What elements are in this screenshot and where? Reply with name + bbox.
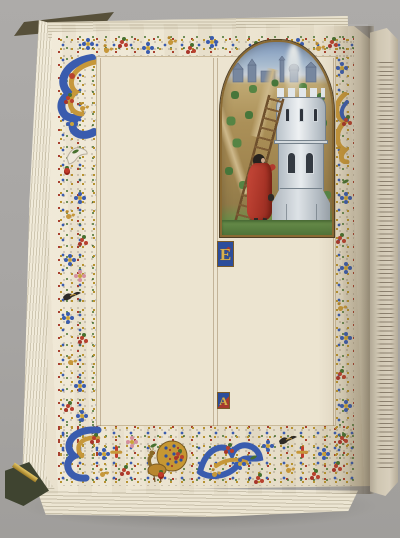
grass-foreground [222,220,334,235]
tower-lower-storey [278,144,324,190]
red-berries-motif [120,40,124,44]
text-column-left: paroiz esquelles estoient painctesplaies… [101,59,213,425]
text-column-right: n une cite de tosquane viuoie aisnee et … [217,240,333,426]
red-robe [247,163,272,221]
blue-flower-motif [266,444,270,448]
arched-window [305,152,314,174]
blue-flower-motif [68,258,72,262]
blue-flower-motif [86,42,90,46]
red-berries-motif [344,118,348,122]
red-berries-motif [188,46,192,50]
red-berries-motif [334,464,338,468]
facing-page-text-lines [376,62,395,470]
red-berries-motif [340,436,344,440]
cross-flower-motif [296,446,308,458]
blue-flower-motif [78,196,82,200]
blue-flower-motif [344,266,348,270]
red-berries-motif [256,476,260,480]
page-stack-bottom-edge [36,487,358,517]
belt-pouch [268,194,274,201]
cross-flower-motif [110,446,122,458]
ruling-line [213,58,214,426]
decorated-initial-E: E [217,241,234,267]
decorated-initial-A: A [217,392,230,409]
blue-flower-motif [70,122,74,126]
red-berries-motif [226,446,230,450]
manuscript-photo: paroiz esquelles estoient painctesplaies… [0,0,400,538]
blue-flower-motif [78,384,82,388]
red-berries-motif [80,238,84,242]
blue-flower-motif [102,452,106,456]
blue-flower-motif [344,404,348,408]
miniature-painting [220,40,334,237]
blue-flower-motif [238,462,242,466]
blue-flower-motif [340,66,344,70]
red-berries-motif [66,96,70,100]
pink-flower-motif [130,440,134,444]
bushes [222,42,224,44]
red-berries-motif [312,472,316,476]
red-berries-motif [122,468,126,472]
red-berries-motif [66,404,70,408]
pink-flower-motif [78,274,82,278]
red-berries-motif [330,40,334,44]
red-berries-motif [338,372,342,376]
window-slit [313,108,318,122]
blue-flower-motif [80,414,84,418]
blue-flower-motif [66,316,70,320]
arched-window [287,152,296,174]
blue-flower-motif [322,452,326,456]
red-berries-motif [92,436,96,440]
blue-flower-motif [344,196,348,200]
window-slit [285,108,290,122]
red-berries-motif [80,336,84,340]
blue-flower-motif [344,336,348,340]
window-slit [299,108,304,122]
blue-flower-motif [146,46,150,50]
red-berries-motif [338,236,342,240]
tower-upper-storey [276,97,326,141]
strawberry-motif [64,168,70,175]
red-berries-motif [176,452,180,456]
blue-flower-motif [210,40,214,44]
strawberry-motif [158,472,164,479]
